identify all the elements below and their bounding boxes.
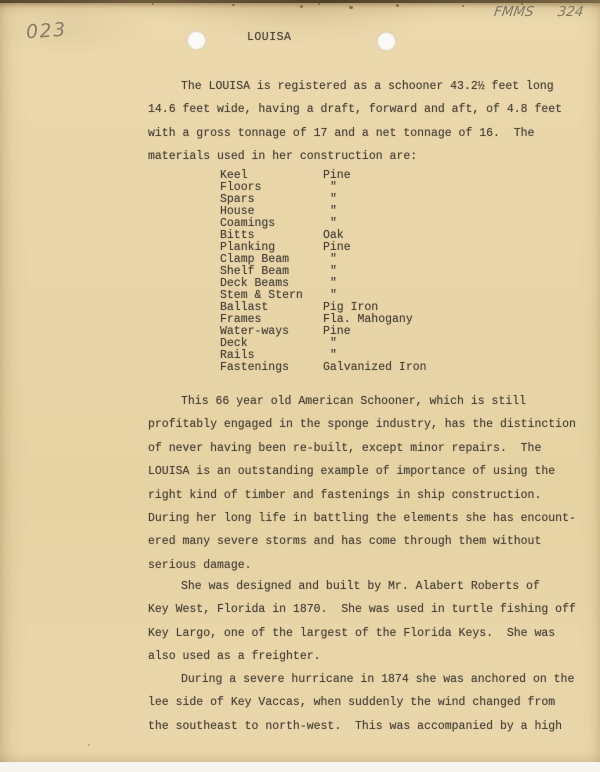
text-line: During her long life in battling the ele… [148,507,588,530]
paper-speck [396,4,399,7]
typed-paragraph-2: This 66 year old American Schooner, whic… [148,390,588,577]
materials-table: KeelPineFloors"Spars"House"Coamings"Bitt… [220,170,560,374]
text-line: of never having been re-built, except mi… [148,437,588,460]
text-line: Key Largo, one of the largest of the Flo… [148,622,588,645]
material-row: KeelPine [220,170,560,182]
material-row: Coamings" [220,218,560,230]
paper-speck [300,5,303,8]
text-line: right kind of timber and fastenings in s… [148,484,588,507]
paper-speck [349,6,353,9]
text-line: also used as a freighter. [148,645,588,668]
paper-speck [462,5,464,7]
text-line: with a gross tonnage of 17 and a net ton… [148,122,588,145]
paper-speck [88,744,90,746]
punch-hole-left [187,31,206,50]
punch-hole-right [377,32,396,51]
pencil-page-number: 023 [25,19,67,44]
text-line: This 66 year old American Schooner, whic… [148,390,588,413]
text-line: materials used in her construction are: [148,145,588,168]
page-title: LOUISA [247,31,291,44]
material-row: Floors" [220,182,560,194]
pencil-catalog-number: 324 [557,4,585,20]
material-value: Galvanized Iron [323,361,427,374]
text-line: During a severe hurricane in 1874 she wa… [148,668,588,691]
material-row: Deck" [220,338,560,350]
text-line: The LOUISA is registered as a schooner 4… [148,75,588,98]
text-line: lee side of Key Vaccas, when suddenly th… [148,691,588,714]
typed-paragraph-4: During a severe hurricane in 1874 she wa… [148,668,588,738]
text-line: She was designed and built by Mr. Alaber… [148,575,588,598]
paper-speck [152,3,154,5]
text-line: 14.6 feet wide, having a draft, forward … [148,98,588,121]
paper-sheet: 023 FMMS 324 LOUISA The LOUISA is regist… [0,0,600,762]
material-item: Fastenings [220,362,323,374]
material-row: Spars" [220,194,560,206]
text-line: Key West, Florida in 1870. She was used … [148,598,588,621]
typed-paragraph-1: The LOUISA is registered as a schooner 4… [148,75,588,169]
text-line: serious damage. [148,554,588,577]
material-row: Water-waysPine [220,326,560,338]
typed-paragraph-3: She was designed and built by Mr. Alaber… [148,575,588,669]
paper-speck [232,4,235,6]
text-line: LOUISA is an outstanding example of impo… [148,460,588,483]
text-line: ered many severe storms and has come thr… [148,530,588,553]
text-line: profitably engaged in the sponge industr… [148,413,588,436]
paper-speck [318,3,320,5]
material-row: FasteningsGalvanized Iron [220,362,560,374]
pencil-catalog-note: FMMS 324 [493,4,585,20]
material-row: Stem & Stern" [220,290,560,302]
text-line: the southeast to north-west. This was ac… [148,715,588,738]
pencil-catalog-code: FMMS [493,4,535,20]
